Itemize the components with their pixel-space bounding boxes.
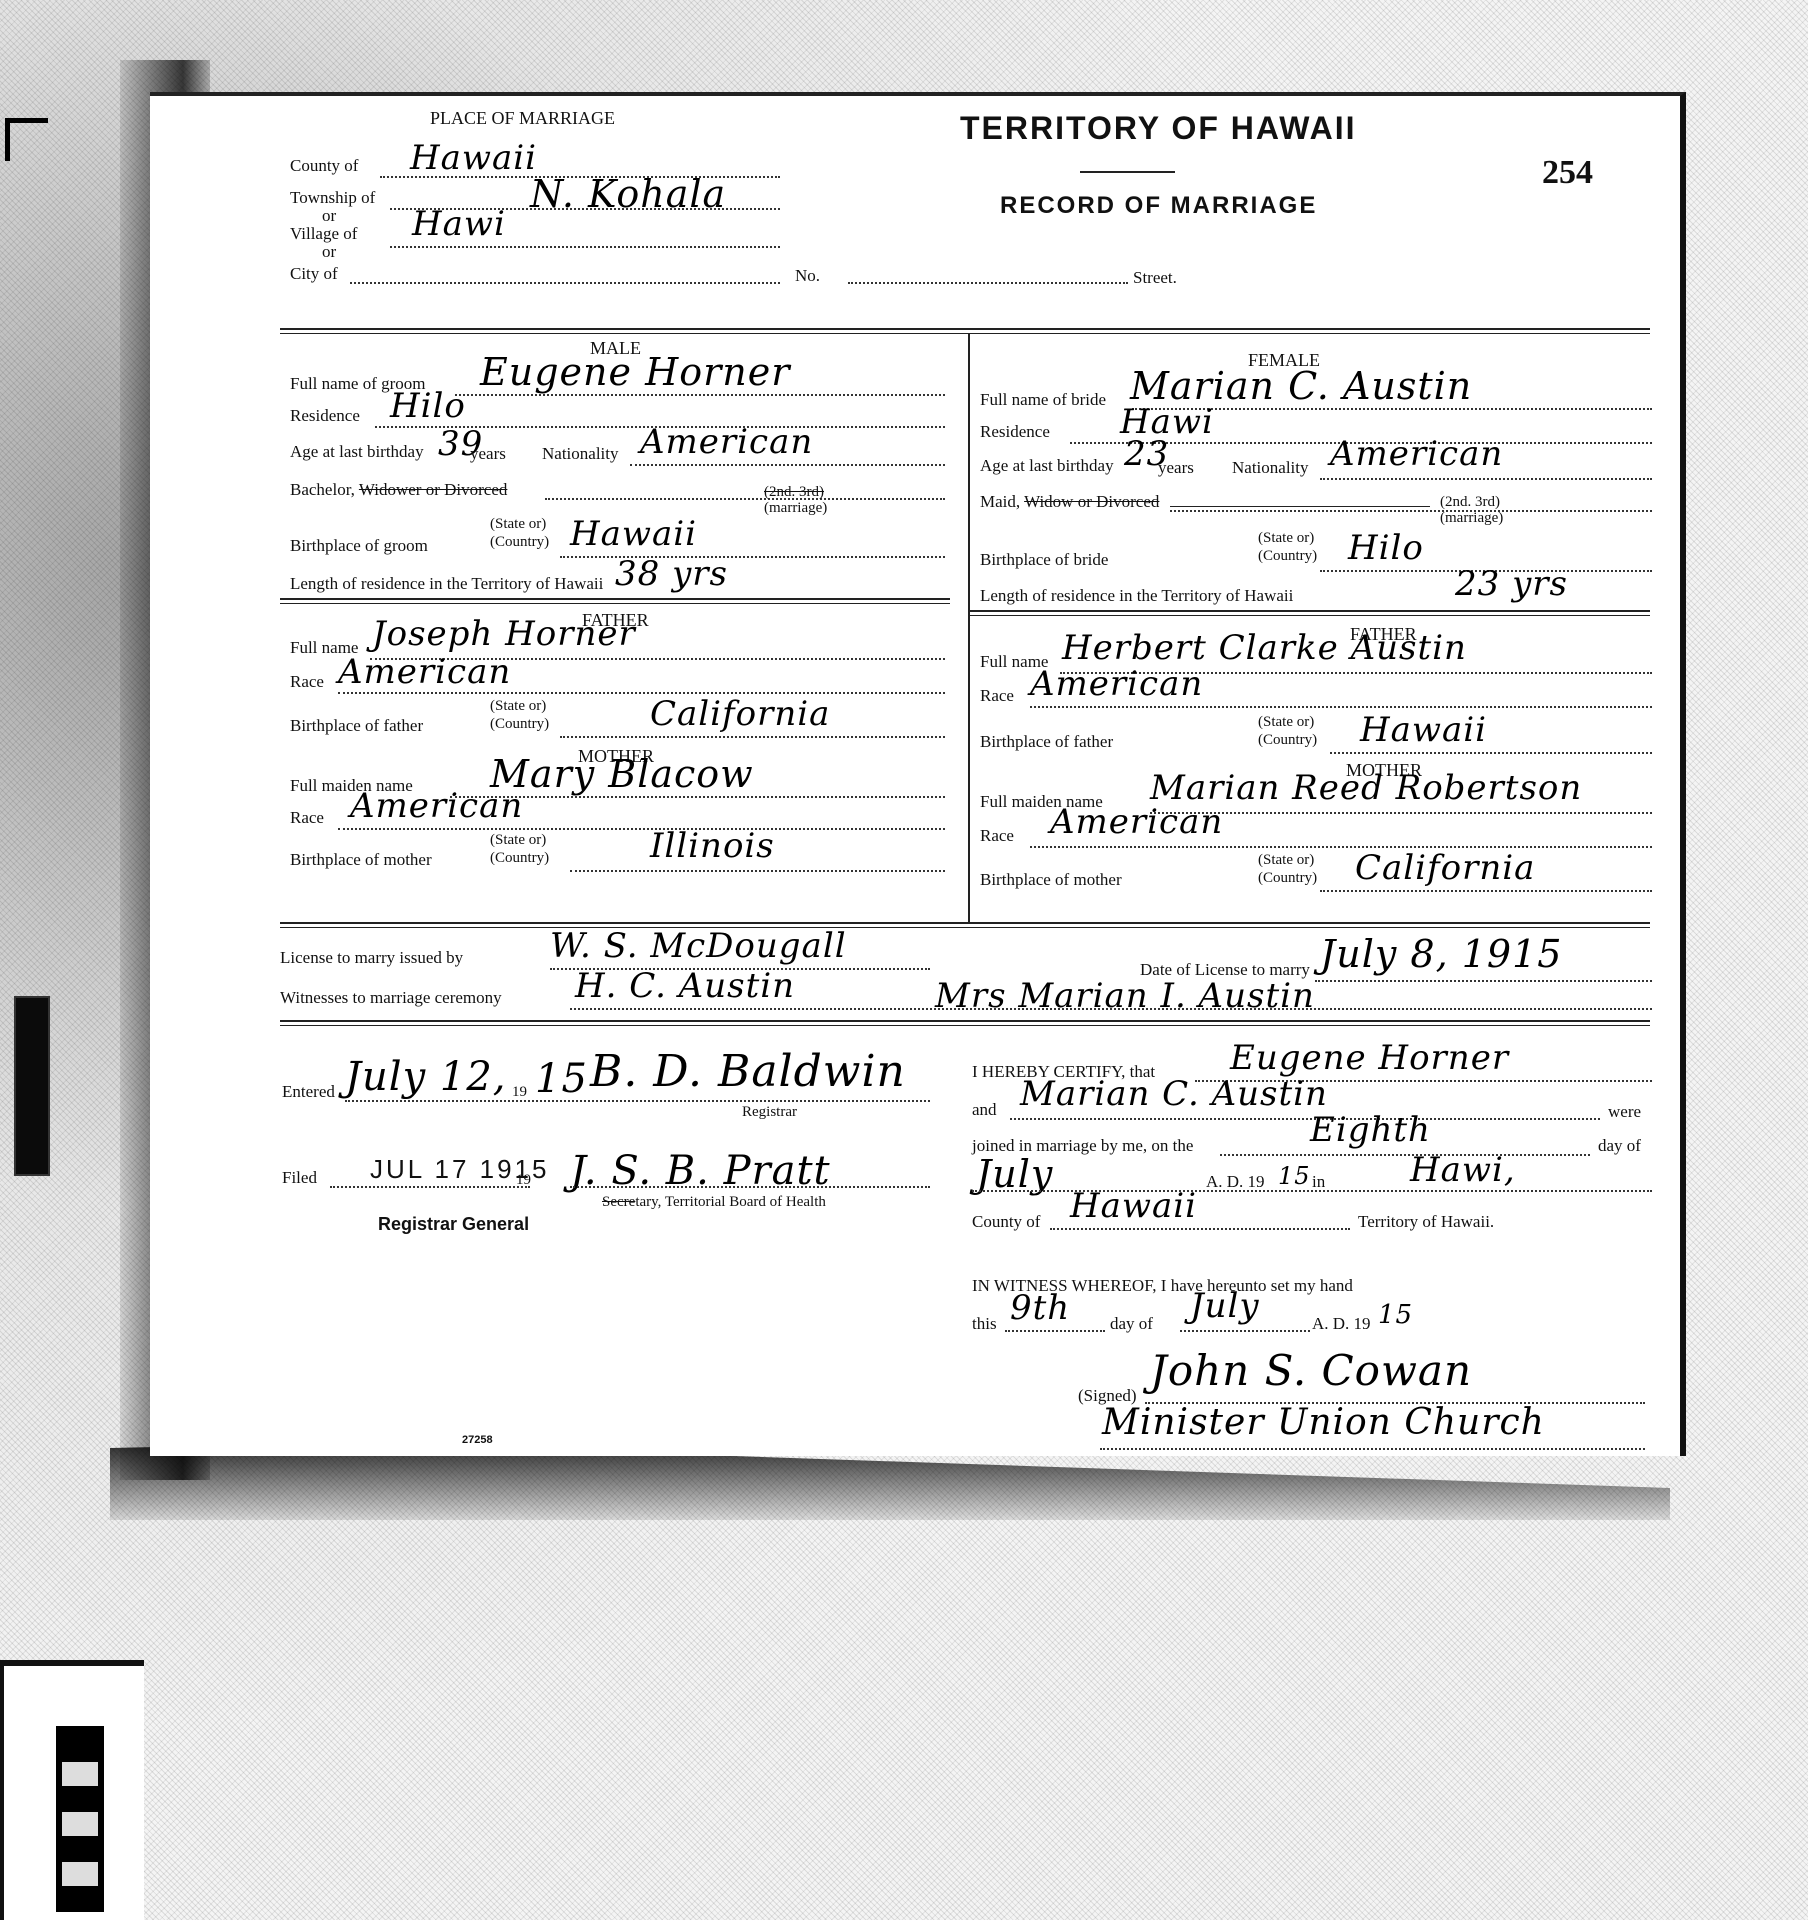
- bride-residence-label: Residence: [980, 422, 1050, 442]
- entered-year-value: 15: [535, 1056, 588, 1102]
- years-label: years: [1158, 458, 1194, 478]
- groom-mother-race-value: American: [350, 786, 523, 826]
- struck-status: Widower or Divorced: [359, 480, 507, 499]
- corner-crop-mark: [5, 118, 48, 161]
- registrar-signature: B. D. Baldwin: [590, 1046, 906, 1097]
- license-date-value: July 8, 1915: [1320, 932, 1562, 976]
- ad-label: A. D. 19: [1312, 1314, 1371, 1334]
- state-or-label: (State or): [1258, 714, 1314, 731]
- this-label: this: [972, 1314, 997, 1334]
- groom-residence-value: Hilo: [390, 386, 466, 426]
- country-label: (Country): [1258, 548, 1317, 565]
- document-title: TERRITORY OF HAWAII: [960, 110, 1357, 147]
- groom-father-birthplace-label: Birthplace of father: [290, 716, 423, 736]
- marriage-word: (marriage): [1440, 510, 1503, 527]
- groom-father-birthplace-value: California: [650, 694, 830, 734]
- bride-residence-length-value: 23 yrs: [1455, 564, 1568, 604]
- groom-mother-birthplace-value: Illinois: [650, 826, 775, 866]
- signing-day-value: 9th: [1010, 1288, 1070, 1328]
- or-label: or: [322, 242, 336, 262]
- cert-county-value: Hawaii: [1070, 1186, 1197, 1226]
- or-label: or: [322, 206, 336, 226]
- groom-birthplace-label: Birthplace of groom: [290, 536, 428, 556]
- groom-father-race-value: American: [338, 652, 511, 692]
- bride-mother-birthplace-label: Birthplace of mother: [980, 870, 1122, 890]
- state-or-label: (State or): [490, 832, 546, 849]
- record-number: 254: [1542, 154, 1593, 192]
- state-or-label: (State or): [490, 516, 546, 533]
- registrar-general-stamp: Registrar General: [378, 1214, 529, 1235]
- groom-residence-label: Residence: [290, 406, 360, 426]
- filed-label: Filed: [282, 1168, 317, 1188]
- village-value: Hawi: [412, 204, 506, 244]
- were-label: were: [1608, 1102, 1641, 1122]
- marriage-ordinal: (2nd. 3rd): [1440, 494, 1500, 511]
- groom-birthplace-value: Hawaii: [570, 514, 697, 554]
- country-label: (Country): [490, 534, 549, 551]
- form-number: 27258: [462, 1434, 493, 1446]
- bride-age-label: Age at last birthday: [980, 456, 1114, 476]
- witness-2-value: Mrs Marian I. Austin: [935, 976, 1315, 1016]
- marriage-record-form: PLACE OF MARRIAGE TERRITORY OF HAWAII RE…: [150, 92, 1686, 1456]
- certify-bride-value: Marian C. Austin: [1020, 1074, 1328, 1114]
- township-label: Township of: [290, 188, 375, 208]
- officiant-title: Minister Union Church: [1102, 1402, 1545, 1443]
- street-label: Street.: [1133, 268, 1177, 288]
- groom-age-label: Age at last birthday: [290, 442, 424, 462]
- bride-name-label: Full name of bride: [980, 390, 1106, 410]
- in-label: in: [1312, 1172, 1325, 1192]
- groom-father-race-label: Race: [290, 672, 324, 692]
- groom-mother-birthplace-label: Birthplace of mother: [290, 850, 432, 870]
- number-label: No.: [795, 266, 820, 286]
- groom-nationality-value: American: [640, 422, 813, 462]
- city-label: City of: [290, 264, 338, 284]
- bride-nationality-value: American: [1330, 434, 1503, 474]
- country-label: (Country): [1258, 732, 1317, 749]
- state-or-label: (State or): [1258, 852, 1314, 869]
- entered-label: Entered: [282, 1082, 335, 1102]
- country-label: (Country): [490, 716, 549, 733]
- filed-year-prefix: 19: [516, 1172, 531, 1189]
- groom-nationality-label: Nationality: [542, 444, 618, 464]
- officiant-signature: John S. Cowan: [1150, 1346, 1472, 1395]
- county-label: County of: [290, 156, 358, 176]
- marriage-year-value: 15: [1278, 1162, 1311, 1190]
- struck-status: Widow or Divorced: [1024, 492, 1159, 511]
- village-label: Village of: [290, 224, 357, 244]
- bride-nationality-label: Nationality: [1232, 458, 1308, 478]
- bride-birthplace-value: Hilo: [1348, 528, 1424, 568]
- film-strip-icon: [56, 1726, 104, 1912]
- groom-mother-race-label: Race: [290, 808, 324, 828]
- certify-groom-value: Eugene Horner: [1230, 1038, 1509, 1078]
- bride-birthplace-label: Birthplace of bride: [980, 550, 1108, 570]
- groom-mother-name-value: Mary Blacow: [490, 752, 754, 796]
- witness-1-value: H. C. Austin: [575, 966, 795, 1006]
- groom-residence-length-label: Length of residence in the Territory of …: [290, 574, 603, 594]
- bride-father-race-value: American: [1030, 664, 1203, 704]
- and-label: and: [972, 1100, 997, 1120]
- signing-month-value: July: [1190, 1286, 1260, 1326]
- place-heading: PLACE OF MARRIAGE: [430, 108, 615, 129]
- cert-county-label: County of: [972, 1212, 1040, 1232]
- license-issued-by-value: W. S. McDougall: [550, 926, 847, 966]
- marriage-word: (marriage): [764, 500, 827, 517]
- microfilm-marker: [0, 1660, 144, 1920]
- signing-year-value: 15: [1378, 1300, 1413, 1330]
- state-or-label: (State or): [490, 698, 546, 715]
- country-label: (Country): [490, 850, 549, 867]
- document-subtitle: RECORD OF MARRIAGE: [1000, 192, 1317, 220]
- entered-date-value: July 12,: [345, 1054, 507, 1100]
- license-issued-by-label: License to marry issued by: [280, 948, 463, 968]
- groom-name-value: Eugene Horner: [480, 350, 790, 394]
- groom-father-name-value: Joseph Horner: [372, 614, 636, 654]
- bride-status-label: Maid, Widow or Divorced: [980, 492, 1159, 512]
- day-of-label: day of: [1110, 1314, 1153, 1334]
- groom-status-label: Bachelor, Widower or Divorced: [290, 480, 507, 500]
- territory-label: Territory of Hawaii.: [1358, 1212, 1494, 1232]
- bride-father-birthplace-value: Hawaii: [1360, 710, 1487, 750]
- country-label: (Country): [1258, 870, 1317, 887]
- bride-residence-length-label: Length of residence in the Territory of …: [980, 586, 1293, 606]
- day-of-label: day of: [1598, 1136, 1641, 1156]
- binding-tab: [14, 996, 50, 1176]
- marriage-ordinal: (2nd. 3rd): [764, 484, 824, 501]
- marriage-day-value: Eighth: [1310, 1110, 1431, 1150]
- bride-father-race-label: Race: [980, 686, 1014, 706]
- witnesses-label: Witnesses to marriage ceremony: [280, 988, 502, 1008]
- county-value: Hawaii: [410, 138, 537, 178]
- bride-mother-race-value: American: [1050, 802, 1223, 842]
- bride-father-birthplace-label: Birthplace of father: [980, 732, 1113, 752]
- bride-mother-birthplace-value: California: [1355, 848, 1535, 888]
- state-or-label: (State or): [1258, 530, 1314, 547]
- secretary-label: Secretary, Territorial Board of Health: [602, 1194, 826, 1211]
- registrar-label: Registrar: [742, 1104, 797, 1121]
- bride-father-name-value: Herbert Clarke Austin: [1062, 628, 1467, 668]
- marriage-place-value: Hawi,: [1410, 1150, 1516, 1190]
- entered-year-prefix: 19: [512, 1084, 527, 1101]
- years-label: years: [470, 444, 506, 464]
- bride-mother-race-label: Race: [980, 826, 1014, 846]
- ad-label: A. D. 19: [1206, 1172, 1265, 1192]
- groom-residence-length-value: 38 yrs: [615, 554, 728, 594]
